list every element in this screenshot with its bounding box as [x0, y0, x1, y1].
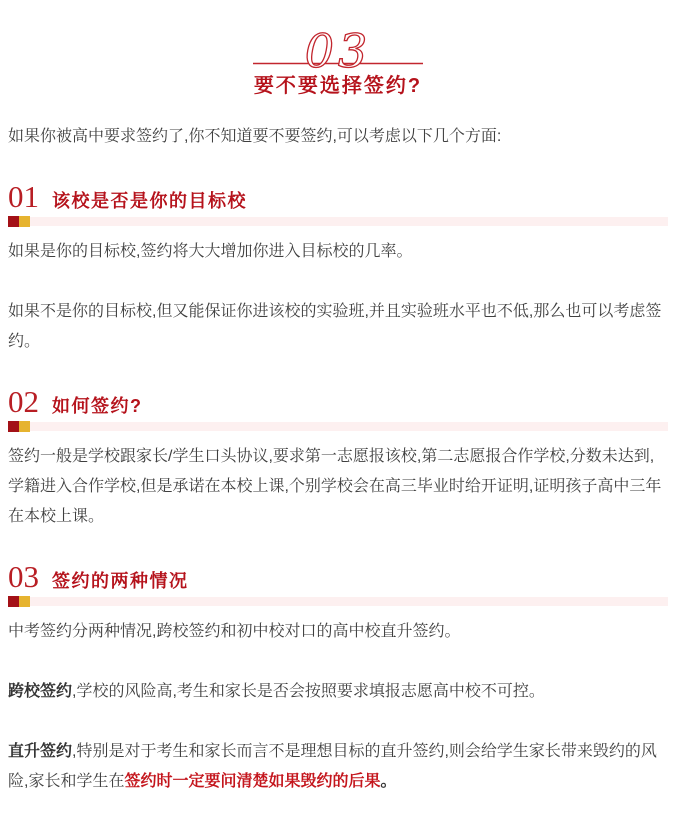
- hero-header: 03 要不要选择签约?: [8, 22, 668, 98]
- section-header: 03 签约的两种情况: [8, 562, 668, 593]
- hero-number: 03: [305, 24, 372, 72]
- red-square-icon: [8, 216, 19, 227]
- paragraph-text: ,学校的风险高,考生和家长是否会按照要求填报志愿高中校不可控。: [72, 683, 545, 700]
- paragraph: 直升签约,特别是对于考生和家长而言不是理想目标的直升签约,则会给学生家长带来毁约…: [8, 737, 668, 797]
- hero-number-decoration: 03: [253, 22, 423, 72]
- pink-bar-decoration: [30, 597, 668, 606]
- pink-bar-decoration: [30, 422, 668, 431]
- red-square-icon: [8, 421, 19, 432]
- term-direct-promotion-signing: 直升签约: [8, 743, 72, 760]
- section-header: 02 如何签约?: [8, 387, 668, 418]
- gold-square-icon: [19, 216, 30, 227]
- paragraph: 如果是你的目标校,签约将大大增加你进入目标校的几率。: [8, 237, 668, 267]
- term-cross-school-signing: 跨校签约: [8, 683, 72, 700]
- section-title: 该校是否是你的目标校: [52, 187, 247, 213]
- section-title: 如何签约?: [52, 392, 143, 418]
- section-number: 01: [8, 182, 39, 212]
- article-page: 03 要不要选择签约? 如果你被高中要求签约了,你不知道要不要签约,可以考虑以下…: [0, 0, 692, 837]
- page-title: 要不要选择签约?: [8, 74, 668, 98]
- section-divider: [8, 216, 668, 227]
- paragraph: 如果不是你的目标校,但又能保证你进该校的实验班,并且实验班水平也不低,那么也可以…: [8, 297, 668, 357]
- section-number: 03: [8, 562, 39, 592]
- section-two-cases: 03 签约的两种情况 中考签约分两种情况,跨校签约和初中校对口的高中校直升签约。…: [8, 562, 668, 797]
- section-divider: [8, 421, 668, 432]
- gold-square-icon: [19, 596, 30, 607]
- paragraph: 签约一般是学校跟家长/学生口头协议,要求第一志愿报该校,第二志愿报合作学校,分数…: [8, 442, 668, 532]
- gold-square-icon: [19, 421, 30, 432]
- section-body: 签约一般是学校跟家长/学生口头协议,要求第一志愿报该校,第二志愿报合作学校,分数…: [8, 442, 668, 532]
- section-body: 中考签约分两种情况,跨校签约和初中校对口的高中校直升签约。 跨校签约,学校的风险…: [8, 617, 668, 797]
- section-divider: [8, 596, 668, 607]
- red-square-icon: [8, 596, 19, 607]
- section-body: 如果是你的目标校,签约将大大增加你进入目标校的几率。 如果不是你的目标校,但又能…: [8, 237, 668, 357]
- section-target-school: 01 该校是否是你的目标校 如果是你的目标校,签约将大大增加你进入目标校的几率。…: [8, 182, 668, 357]
- paragraph-end-punctuation: 。: [380, 773, 396, 790]
- section-how-to-sign: 02 如何签约? 签约一般是学校跟家长/学生口头协议,要求第一志愿报该校,第二志…: [8, 387, 668, 532]
- red-emphasis-text: 签约时一定要问清楚如果毁约的后果: [124, 773, 380, 790]
- intro-paragraph: 如果你被高中要求签约了,你不知道要不要签约,可以考虑以下几个方面:: [8, 122, 668, 152]
- paragraph: 跨校签约,学校的风险高,考生和家长是否会按照要求填报志愿高中校不可控。: [8, 677, 668, 707]
- paragraph: 中考签约分两种情况,跨校签约和初中校对口的高中校直升签约。: [8, 617, 668, 647]
- pink-bar-decoration: [30, 217, 668, 226]
- section-header: 01 该校是否是你的目标校: [8, 182, 668, 213]
- section-number: 02: [8, 387, 39, 417]
- section-title: 签约的两种情况: [52, 567, 189, 593]
